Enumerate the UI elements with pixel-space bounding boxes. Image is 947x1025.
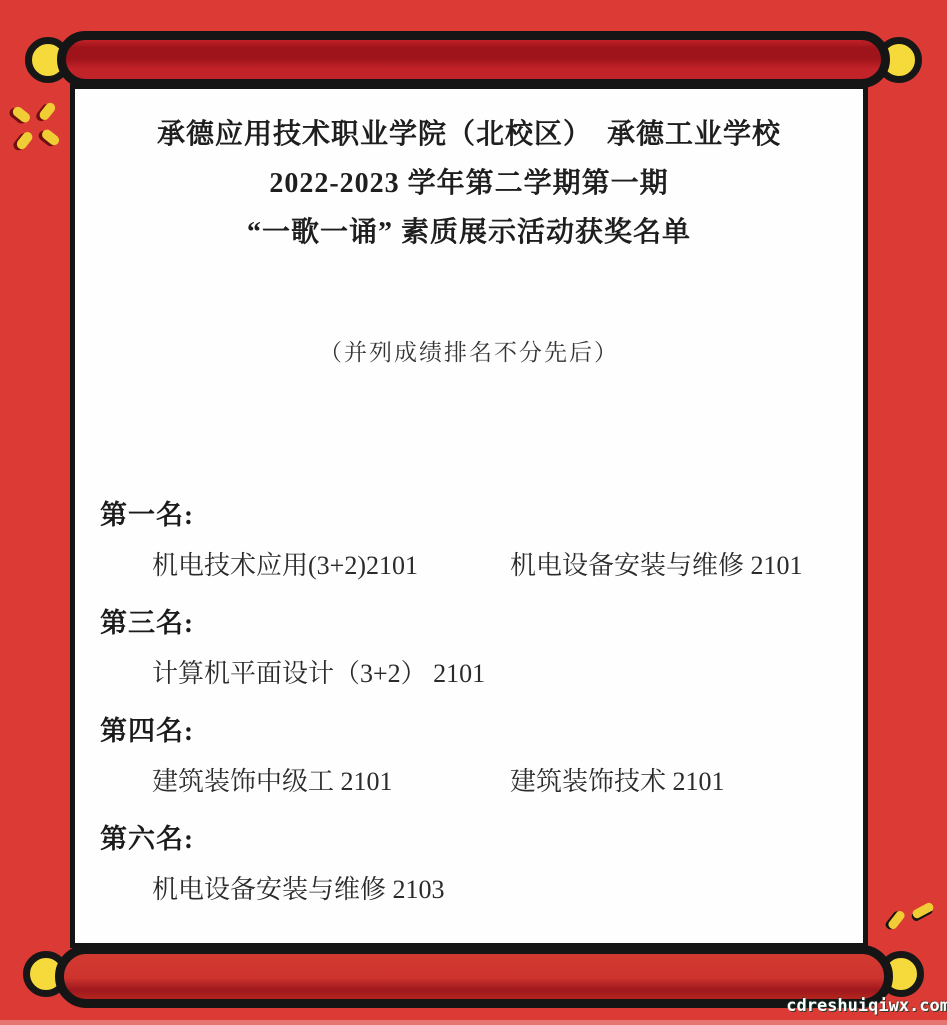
document-paper: 承德应用技术职业学院（北校区） 承德工业学校 2022-2023 学年第二学期第… (70, 84, 868, 948)
award-winner: 机电设备安装与维修 2103 (152, 875, 510, 904)
award-poster: 承德应用技术职业学院（北校区） 承德工业学校 2022-2023 学年第二学期第… (0, 0, 947, 1025)
award-winners: 机电设备安装与维修 2103 (100, 875, 863, 904)
sparkle-icon (0, 87, 75, 166)
award-rank: 第四名: (100, 717, 863, 746)
award-rank: 第三名: (100, 609, 863, 638)
award-winner: 计算机平面设计（3+2） 2101 (152, 659, 510, 688)
watermark-text: cdreshuiqiwx.com (786, 996, 947, 1016)
document-content: 承德应用技术职业学院（北校区） 承德工业学校 2022-2023 学年第二学期第… (75, 89, 863, 943)
scroll-rod-top (57, 31, 890, 88)
title-line-1: 承德应用技术职业学院（北校区） 承德工业学校 (75, 110, 863, 159)
award-winner: 机电设备安装与维修 2101 (510, 551, 803, 580)
title-line-3: “一歌一诵” 素质展示活动获奖名单 (75, 208, 863, 257)
award-row: 第三名: 计算机平面设计（3+2） 2101 (100, 609, 863, 688)
award-row: 第六名: 机电设备安装与维修 2103 (100, 825, 863, 904)
award-row: 第四名: 建筑装饰中级工 2101 建筑装饰技术 2101 (100, 717, 863, 796)
award-winners: 建筑装饰中级工 2101 建筑装饰技术 2101 (100, 767, 863, 796)
award-row: 第一名: 机电技术应用(3+2)2101 机电设备安装与维修 2101 (100, 501, 863, 580)
title-line-2: 2022-2023 学年第二学期第一期 (75, 159, 863, 208)
award-winner: 建筑装饰技术 2101 (510, 767, 725, 796)
award-rank: 第一名: (100, 501, 863, 530)
award-winner: 机电技术应用(3+2)2101 (152, 551, 510, 580)
confetti-icon (880, 898, 942, 940)
award-list: 第一名: 机电技术应用(3+2)2101 机电设备安装与维修 2101 第三名:… (75, 501, 863, 904)
tie-note: （并列成绩排名不分先后） (75, 334, 863, 367)
award-winners: 计算机平面设计（3+2） 2101 (100, 659, 863, 688)
scroll-rod-bottom (55, 945, 893, 1008)
award-rank: 第六名: (100, 825, 863, 854)
document-title: 承德应用技术职业学院（北校区） 承德工业学校 2022-2023 学年第二学期第… (75, 110, 863, 257)
award-winner: 建筑装饰中级工 2101 (152, 767, 510, 796)
award-winners: 机电技术应用(3+2)2101 机电设备安装与维修 2101 (100, 551, 863, 580)
bottom-edge-strip (0, 1020, 947, 1025)
